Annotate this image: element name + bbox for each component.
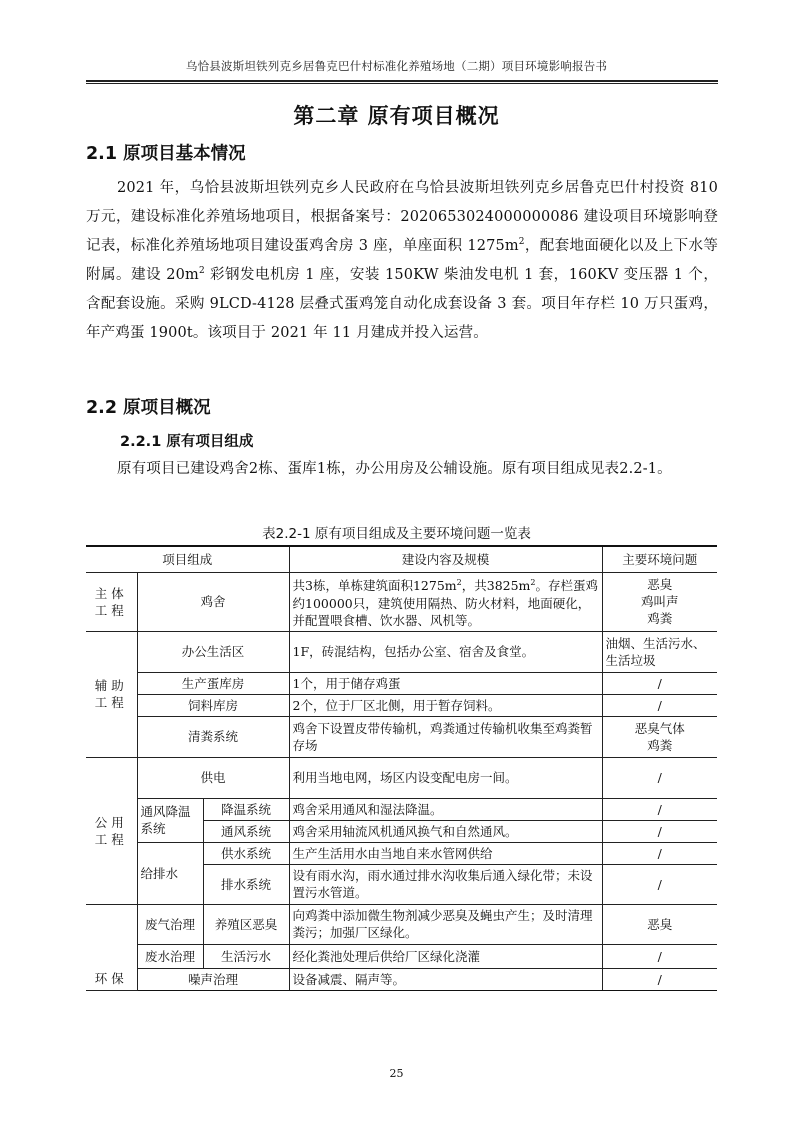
item-issue: / bbox=[602, 672, 717, 694]
item-issue: 油烟、生活污水、生活垃圾 bbox=[602, 631, 717, 672]
header-content-scale: 建设内容及规模 bbox=[289, 546, 602, 572]
item-name: 办公生活区 bbox=[137, 631, 289, 672]
table-row: 噪声治理 设备减震、隔声等。 / bbox=[86, 968, 717, 990]
item-content: 鸡舍采用通风和湿法降温。 bbox=[289, 798, 602, 820]
header-env-issues: 主要环境问题 bbox=[602, 546, 717, 572]
section-heading-2-1: 2.1 原项目基本情况 bbox=[86, 140, 246, 165]
item-name: 通风系统 bbox=[203, 820, 289, 842]
item-issue: / bbox=[602, 694, 717, 716]
item-name: 养殖区恶臭 bbox=[203, 904, 289, 944]
item-name: 生活污水 bbox=[203, 944, 289, 968]
section-heading-2-2: 2.2 原项目概况 bbox=[86, 394, 211, 419]
item-issue: / bbox=[602, 757, 717, 798]
group-name: 废气治理 bbox=[137, 904, 203, 944]
header-project-composition: 项目组成 bbox=[86, 546, 289, 572]
section-2-1-paragraph: 2021 年，乌恰县波斯坦铁列克乡人民政府在乌恰县波斯坦铁列克乡居鲁克巴什村投资… bbox=[86, 174, 718, 348]
group-ventilation: 通风降温系统 bbox=[137, 798, 203, 842]
item-issue: / bbox=[602, 944, 717, 968]
table-header-row: 项目组成 建设内容及规模 主要环境问题 bbox=[86, 546, 717, 572]
table-row: 废水治理 生活污水 经化粪池处理后供给厂区绿化浇灌 / bbox=[86, 944, 717, 968]
item-name: 供电 bbox=[137, 757, 289, 798]
content-text: 共3栋，单栋建筑面积1275m bbox=[293, 579, 457, 594]
item-content: 利用当地电网，场区内设变配电房一间。 bbox=[289, 757, 602, 798]
issue-line: 鸡粪 bbox=[606, 737, 715, 754]
item-issue: / bbox=[602, 798, 717, 820]
header-double-rule bbox=[86, 80, 718, 84]
content-text: ，共3825m bbox=[462, 579, 531, 594]
table-row: 给排水 供水系统 生产生活用水由当地自来水管网供给 / bbox=[86, 842, 717, 864]
item-issue: / bbox=[602, 968, 717, 990]
item-content: 经化粪池处理后供给厂区绿化浇灌 bbox=[289, 944, 602, 968]
table-caption: 表2.2-1 原有项目组成及主要环境问题一览表 bbox=[0, 522, 793, 542]
item-content: 鸡舍采用轴流风机通风换气和自然通风。 bbox=[289, 820, 602, 842]
group-water: 给排水 bbox=[137, 842, 203, 904]
project-composition-table: 项目组成 建设内容及规模 主要环境问题 主体工程 鸡舍 共3栋，单栋建筑面积12… bbox=[86, 545, 717, 991]
item-content: 1F，砖混结构，包括办公室、宿舍及食堂。 bbox=[289, 631, 602, 672]
item-name: 饲料库房 bbox=[137, 694, 289, 716]
issue-line: 恶臭气体 bbox=[606, 720, 715, 737]
category-main-works: 主体工程 bbox=[86, 572, 137, 631]
category-aux-works: 辅助工程 bbox=[86, 631, 137, 757]
item-content: 鸡舍下设置皮带传输机，鸡粪通过传输机收集至鸡粪暂存场 bbox=[289, 716, 602, 757]
table-row: 清粪系统 鸡舍下设置皮带传输机，鸡粪通过传输机收集至鸡粪暂存场 恶臭气体鸡粪 bbox=[86, 716, 717, 757]
item-issue: 恶臭气体鸡粪 bbox=[602, 716, 717, 757]
table-row: 公用工程 供电 利用当地电网，场区内设变配电房一间。 / bbox=[86, 757, 717, 798]
chapter-title: 第二章 原有项目概况 bbox=[0, 100, 793, 130]
category-public-works: 公用工程 bbox=[86, 757, 137, 904]
item-content: 生产生活用水由当地自来水管网供给 bbox=[289, 842, 602, 864]
table-row: 生产蛋库房 1个，用于储存鸡蛋 / bbox=[86, 672, 717, 694]
table-row: 辅助工程 办公生活区 1F，砖混结构，包括办公室、宿舍及食堂。 油烟、生活污水、… bbox=[86, 631, 717, 672]
table-row: 环保 废气治理 养殖区恶臭 向鸡粪中添加微生物剂减少恶臭及蝇虫产生；及时清理粪污… bbox=[86, 904, 717, 944]
item-content: 1个，用于储存鸡蛋 bbox=[289, 672, 602, 694]
table-row: 通风降温系统 降温系统 鸡舍采用通风和湿法降温。 / bbox=[86, 798, 717, 820]
page-number: 25 bbox=[0, 1067, 793, 1080]
issue-line: 鸡叫声 bbox=[606, 593, 715, 610]
table-row: 饲料库房 2个，位于厂区北侧，用于暂存饲料。 / bbox=[86, 694, 717, 716]
item-issue: 恶臭 bbox=[602, 904, 717, 944]
item-name: 清粪系统 bbox=[137, 716, 289, 757]
item-name: 降温系统 bbox=[203, 798, 289, 820]
item-content: 设有雨水沟，雨水通过排水沟收集后通入绿化带；未设置污水管道。 bbox=[289, 864, 602, 904]
issue-line: 鸡粪 bbox=[606, 610, 715, 627]
issue-line: 恶臭 bbox=[606, 576, 715, 593]
item-issue: / bbox=[602, 842, 717, 864]
group-name: 废水治理 bbox=[137, 944, 203, 968]
item-issue: 恶臭鸡叫声鸡粪 bbox=[602, 572, 717, 631]
item-content: 设备减震、隔声等。 bbox=[289, 968, 602, 990]
item-issue: / bbox=[602, 864, 717, 904]
item-name: 生产蛋库房 bbox=[137, 672, 289, 694]
table-row: 主体工程 鸡舍 共3栋，单栋建筑面积1275m2，共3825m2。存栏蛋鸡约10… bbox=[86, 572, 717, 631]
item-name: 噪声治理 bbox=[137, 968, 289, 990]
item-name: 供水系统 bbox=[203, 842, 289, 864]
category-env-works: 环保 bbox=[86, 904, 137, 990]
item-content: 2个，位于厂区北侧，用于暂存饲料。 bbox=[289, 694, 602, 716]
item-content: 向鸡粪中添加微生物剂减少恶臭及蝇虫产生；及时清理粪污；加强厂区绿化。 bbox=[289, 904, 602, 944]
section-2-2-1-paragraph: 原有项目已建设鸡舍2栋、蛋库1栋，办公用房及公辅设施。原有项目组成见表2.2-1… bbox=[86, 455, 718, 484]
item-issue: / bbox=[602, 820, 717, 842]
document-header-title: 乌恰县波斯坦铁列克乡居鲁克巴什村标准化养殖场地（二期）项目环境影响报告书 bbox=[0, 58, 793, 74]
item-name: 排水系统 bbox=[203, 864, 289, 904]
subsection-heading-2-2-1: 2.2.1 原有项目组成 bbox=[120, 430, 253, 451]
item-content: 共3栋，单栋建筑面积1275m2，共3825m2。存栏蛋鸡约100000只，建筑… bbox=[289, 572, 602, 631]
item-name: 鸡舍 bbox=[137, 572, 289, 631]
